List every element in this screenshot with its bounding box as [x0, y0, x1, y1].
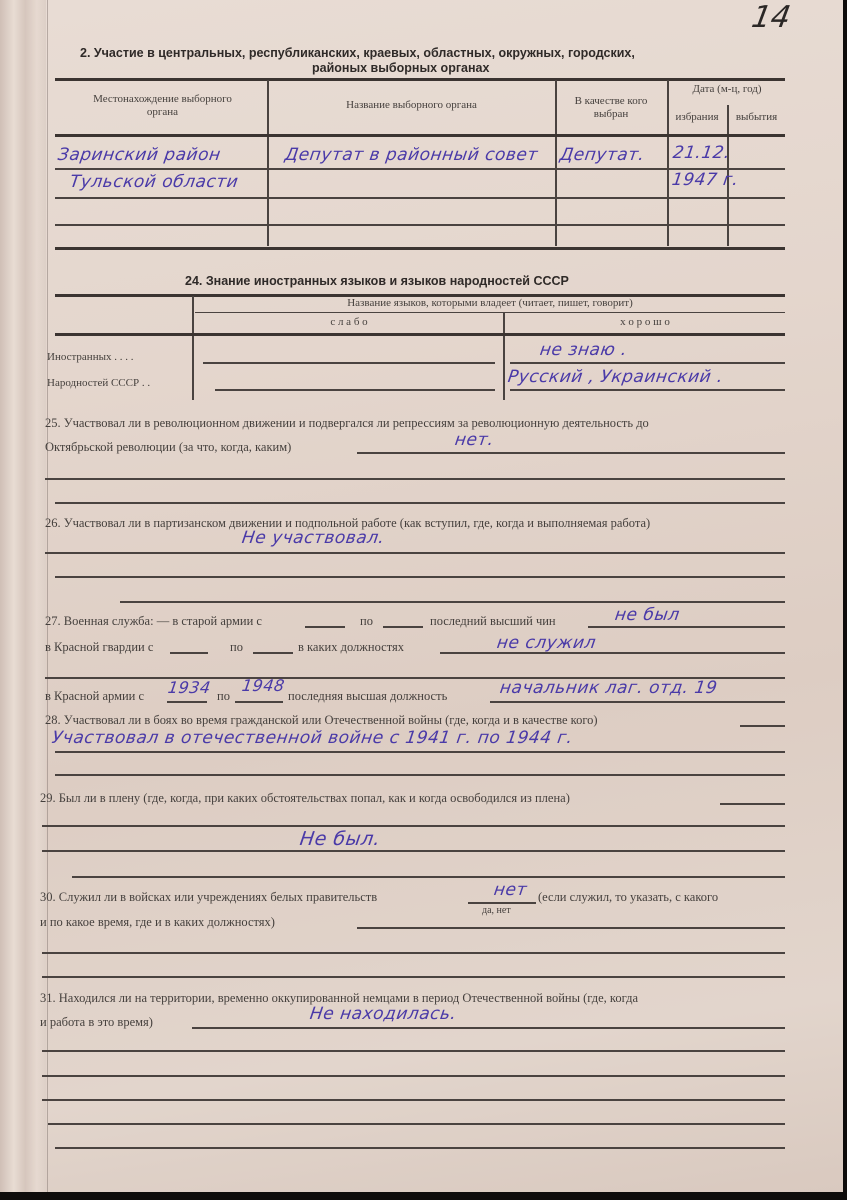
- answer-line: [55, 751, 785, 753]
- table-row-line: [55, 224, 785, 226]
- lang-col-weak: с л а б о: [195, 316, 503, 328]
- old-army-from-line: [305, 626, 345, 628]
- col-elected-header: избрания: [667, 111, 727, 123]
- q27-red-army-to: 1948: [241, 676, 286, 695]
- q26-answer: Не участвовал.: [241, 528, 386, 548]
- q27-last-position-label: последняя высшая должность: [288, 689, 447, 704]
- section23-title-line1: 2. Участие в центральных, республикански…: [80, 46, 635, 60]
- answer-line: [55, 502, 785, 504]
- answer-line: [45, 552, 785, 554]
- answer-line: [42, 952, 785, 954]
- col-location-header-l2: органа: [60, 106, 265, 118]
- col-divider: [267, 80, 269, 246]
- q30-text-line1b: (если служил, то указать, с какого: [538, 890, 718, 905]
- ussr-good-line: [510, 389, 785, 391]
- col-role-header-l2: выбран: [557, 108, 665, 120]
- q27-position-answer: начальник лаг. отд. 19: [499, 678, 719, 698]
- lang-col-good: х о р о ш о: [505, 316, 785, 328]
- answer-line: [55, 576, 785, 578]
- ussr-languages-label: Народностей СССР . .: [47, 377, 150, 389]
- q30-text-line1a: 30. Служил ли в войсках или учреждениях …: [40, 890, 377, 905]
- answer-line: [48, 1123, 785, 1125]
- answer-line: [42, 825, 785, 827]
- q25-text-line2: Октябрьской революции (за что, когда, ка…: [45, 440, 291, 455]
- q27-by-label: по: [360, 614, 373, 629]
- rank-line: [588, 626, 785, 628]
- q27-guard-label: в Красной гвардии с: [45, 640, 153, 655]
- location-answer-l1: Заринский район: [57, 145, 222, 165]
- foreign-languages-label: Иностранных . . . .: [47, 351, 133, 363]
- guard-positions-line: [440, 652, 785, 654]
- q27-rank-label: последний высший чин: [430, 614, 556, 629]
- col-location-header-l1: Местонахождение выборного: [60, 93, 265, 105]
- q30-answer: нет: [493, 880, 529, 900]
- q29-text-line1: 29. Был ли в плену (где, когда, при каки…: [40, 791, 570, 806]
- q27-rank-answer: не был: [614, 605, 682, 625]
- q28-answer: Участвовал в отечественной войне с 1941 …: [51, 728, 575, 748]
- foreign-weak-line: [203, 362, 495, 364]
- q29-answer: Не был.: [298, 828, 382, 850]
- foreign-good-answer: не знаю .: [539, 340, 629, 360]
- q31-text-line2: и работа в это время): [40, 1015, 153, 1030]
- last-position-line: [490, 701, 785, 703]
- answer-line: [42, 850, 785, 852]
- table-row-line: [55, 197, 785, 199]
- ussr-good-answer: Русский , Украинский .: [507, 367, 725, 387]
- elected-answer-l1: 21.12.: [672, 143, 732, 163]
- answer-line: [357, 452, 785, 454]
- role-answer: Депутат.: [559, 145, 646, 165]
- red-army-to-line: [235, 701, 283, 703]
- elected-answer-l2: 1947 г.: [671, 170, 740, 190]
- q30-yes-no-line: [468, 902, 536, 904]
- q30-text-line2: и по какое время, где и в каких должност…: [40, 915, 275, 930]
- q25-text-line1: 25. Участвовал ли в революционном движен…: [45, 416, 649, 431]
- answer-line: [357, 927, 785, 929]
- paper-fold: [0, 0, 46, 1192]
- table-header-rule: [55, 134, 785, 137]
- answer-line: [120, 601, 785, 603]
- lang-subheader: Название языков, которыми владеет (читае…: [195, 297, 785, 309]
- q27-red-army-label: в Красной армии с: [45, 689, 144, 704]
- section23-title-line2: районых выборных органах: [312, 61, 489, 75]
- q27-guard-positions-label: в каких должностях: [298, 640, 404, 655]
- answer-line: [42, 1099, 785, 1101]
- answer-line: [55, 1147, 785, 1149]
- q27-guard-answer: не служил: [496, 633, 598, 653]
- q27-red-army-by-label: по: [217, 689, 230, 704]
- answer-line: [42, 1050, 785, 1052]
- answer-line: [192, 1027, 785, 1029]
- ussr-weak-line: [215, 389, 495, 391]
- answer-line: [740, 725, 785, 727]
- answer-line: [72, 876, 785, 878]
- q31-answer: Не находилась.: [309, 1004, 458, 1024]
- answer-line: [720, 803, 785, 805]
- col-divider: [667, 80, 669, 246]
- guard-to-line: [253, 652, 293, 654]
- q28-text-line1: 28. Участвовал ли в боях во время гражда…: [45, 713, 598, 728]
- answer-line: [55, 774, 785, 776]
- answer-line: [42, 1075, 785, 1077]
- col-role-header-l1: В качестве кого: [557, 95, 665, 107]
- location-answer-l2: Тульской области: [69, 172, 240, 192]
- table-top-rule: [55, 78, 785, 81]
- questionnaire-page: 14 2. Участие в центральных, республикан…: [0, 0, 843, 1192]
- q27-red-army-from: 1934: [167, 678, 212, 697]
- col-date-header: Дата (м-ц, год): [669, 83, 785, 95]
- organ-name-answer: Депутат в районный совет: [284, 145, 540, 165]
- foreign-good-line: [510, 362, 785, 364]
- guard-from-line: [170, 652, 208, 654]
- col-name-header: Название выборного органа: [270, 99, 553, 111]
- page-number: 14: [749, 0, 793, 35]
- margin-line: [47, 0, 48, 1192]
- table-row-line: [55, 168, 785, 170]
- q25-answer: нет.: [454, 430, 496, 450]
- q30-yes-no-hint: да, нет: [482, 905, 511, 916]
- q27-guard-by-label: по: [230, 640, 243, 655]
- answer-line: [45, 478, 785, 480]
- section24-title: 24. Знание иностранных языков и языков н…: [185, 274, 569, 288]
- table-bottom-rule: [55, 247, 785, 250]
- col-left-header: выбытия: [728, 111, 785, 123]
- lang-subheader-line: [195, 312, 785, 313]
- lang-col-divider: [192, 296, 194, 400]
- answer-line: [42, 976, 785, 978]
- q27-old-army-label: 27. Военная служба: — в старой армии с: [45, 614, 262, 629]
- red-army-from-line: [167, 701, 207, 703]
- old-army-to-line: [383, 626, 423, 628]
- lang-header-rule: [55, 333, 785, 336]
